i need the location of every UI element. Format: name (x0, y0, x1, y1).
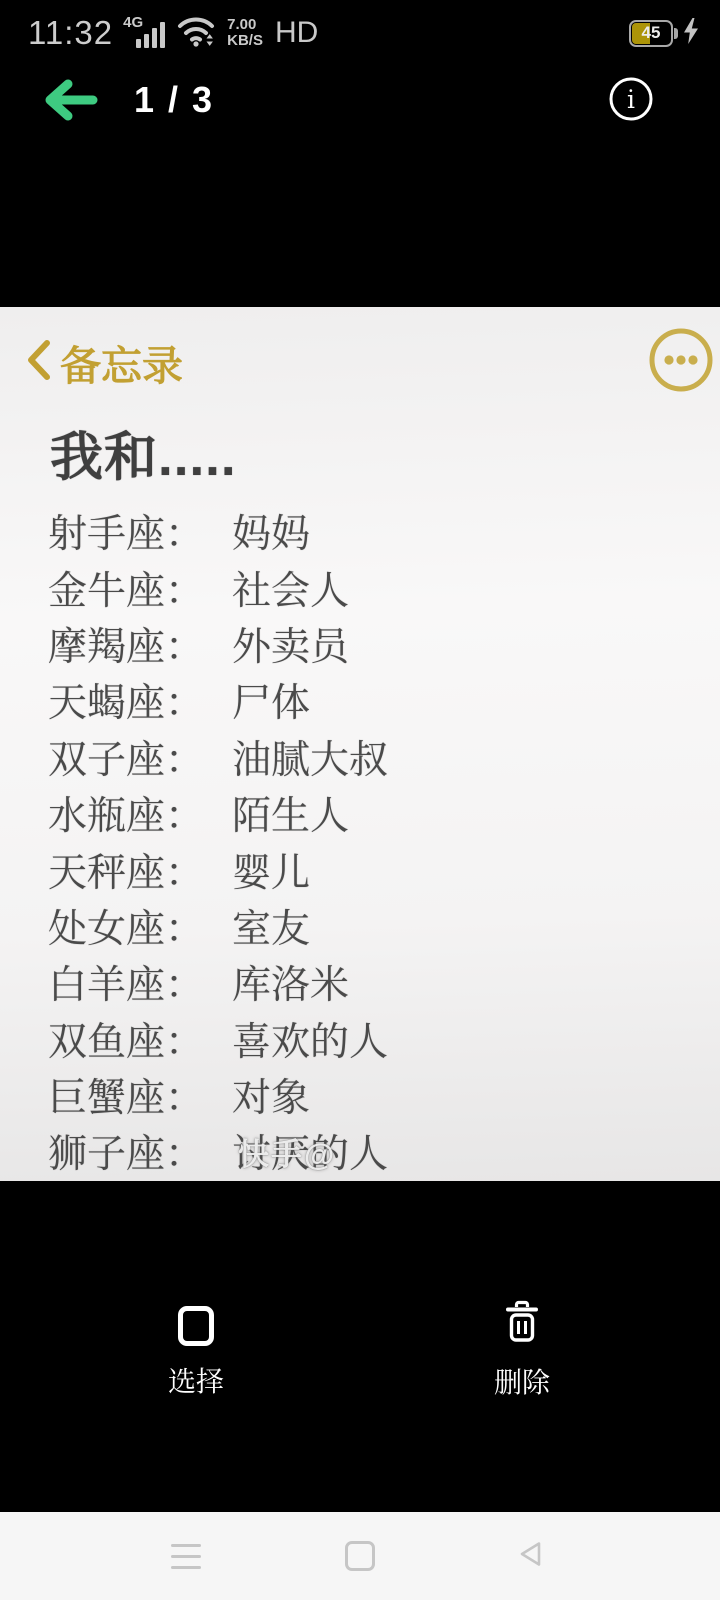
zodiac-value: 妈妈 (232, 503, 310, 559)
zodiac-sign: 处女座 (48, 898, 165, 954)
zodiac-value: 社会人 (232, 560, 349, 616)
more-options-icon (648, 327, 714, 393)
zodiac-value: 喜欢的人 (232, 1011, 388, 1067)
zodiac-value: 油腻大叔 (232, 729, 388, 785)
zodiac-value: 对象 (232, 1067, 310, 1123)
select-label: 选择 (168, 1360, 224, 1400)
wifi-icon (175, 14, 217, 53)
home-button[interactable] (320, 1512, 400, 1600)
photo-counter: 1 / 3 (134, 79, 214, 121)
trash-icon (502, 1300, 542, 1349)
back-button[interactable] (40, 78, 100, 126)
chevron-left-icon (24, 337, 52, 388)
speed-value: 7.00 (227, 17, 263, 33)
home-square-icon (345, 1541, 375, 1571)
zodiac-sign: 摩羯座 (48, 616, 165, 672)
info-icon: i (608, 109, 654, 126)
select-button[interactable]: 选择 (168, 1300, 224, 1400)
kuaishou-watermark: 快手@ (238, 1129, 336, 1174)
note-title: 我和..... (50, 415, 237, 491)
note-row: 天蝎座：尸体 (48, 672, 700, 728)
charging-icon (682, 17, 700, 50)
clock: 11:32 (28, 14, 113, 52)
nav-bar (0, 1512, 720, 1600)
note-row: 摩羯座：外卖员 (48, 616, 700, 672)
zodiac-value: 外卖员 (232, 616, 349, 672)
battery-icon: 45 (629, 20, 673, 47)
note-row: 处女座：室友 (48, 898, 700, 954)
note-row: 金牛座：社会人 (48, 559, 700, 615)
zodiac-value: 库洛米 (232, 954, 349, 1010)
note-list: 射手座：妈妈 金牛座：社会人 摩羯座：外卖员 天蝎座：尸体 双子座：油腻大叔 水… (48, 503, 700, 1180)
note-row: 狮子座：讨厌的人 (48, 1123, 700, 1179)
note-row: 巨蟹座：对象 (48, 1067, 700, 1123)
zodiac-sign: 金牛座 (48, 560, 165, 616)
note-header: 备忘录 (24, 333, 183, 392)
back-triangle-icon (515, 1540, 545, 1573)
note-row: 双子座：油腻大叔 (48, 729, 700, 785)
status-bar: 11:32 4G 7.00 KB/S HD (0, 0, 720, 66)
zodiac-sign: 巨蟹座 (48, 1067, 165, 1123)
signal-bars-icon (136, 22, 165, 48)
zodiac-sign: 双子座 (48, 729, 165, 785)
delete-label: 删除 (494, 1361, 550, 1401)
zodiac-value: 室友 (232, 898, 310, 954)
zodiac-sign: 天蝎座 (48, 672, 165, 728)
back-arrow-icon (41, 77, 99, 128)
zodiac-value: 婴儿 (232, 842, 310, 898)
note-back-label: 备忘录 (60, 333, 183, 392)
action-bar: 选择 删除 (0, 1300, 720, 1410)
cell-signal-icon: 4G (123, 14, 165, 52)
zodiac-sign: 双鱼座 (48, 1011, 165, 1067)
recents-button[interactable] (146, 1512, 226, 1600)
status-left: 11:32 4G 7.00 KB/S HD (28, 14, 318, 53)
note-row: 双鱼座：喜欢的人 (48, 1011, 700, 1067)
select-icon (178, 1306, 214, 1346)
zodiac-value: 尸体 (232, 672, 310, 728)
network-speed: 7.00 KB/S (227, 17, 263, 49)
note-row: 天秤座：婴儿 (48, 841, 700, 897)
back-nav-button[interactable] (490, 1512, 570, 1600)
zodiac-sign: 白羊座 (48, 954, 165, 1010)
battery-percent: 45 (631, 22, 671, 45)
zodiac-value: 陌生人 (232, 785, 349, 841)
info-button[interactable]: i (608, 76, 654, 122)
phone-screen: 11:32 4G 7.00 KB/S HD (0, 0, 720, 1600)
note-row: 射手座：妈妈 (48, 503, 700, 559)
zodiac-sign: 射手座 (48, 503, 165, 559)
zodiac-sign: 狮子座 (48, 1123, 165, 1179)
photo-view[interactable]: 备忘录 我和..... 射手座：妈妈 金牛座：社会人 摩羯座：外卖员 天蝎座：尸… (0, 307, 720, 1181)
note-row: 水瓶座：陌生人 (48, 785, 700, 841)
zodiac-sign: 水瓶座 (48, 785, 165, 841)
note-row: 白羊座：库洛米 (48, 954, 700, 1010)
zodiac-sign: 天秤座 (48, 842, 165, 898)
hd-label: HD (275, 16, 318, 50)
delete-button[interactable]: 删除 (494, 1300, 550, 1401)
svg-text:i: i (627, 85, 635, 114)
speed-unit: KB/S (227, 33, 263, 49)
menu-icon (171, 1544, 201, 1569)
viewer-header: 1 / 3 i (0, 66, 720, 138)
status-right: 45 (629, 17, 700, 50)
